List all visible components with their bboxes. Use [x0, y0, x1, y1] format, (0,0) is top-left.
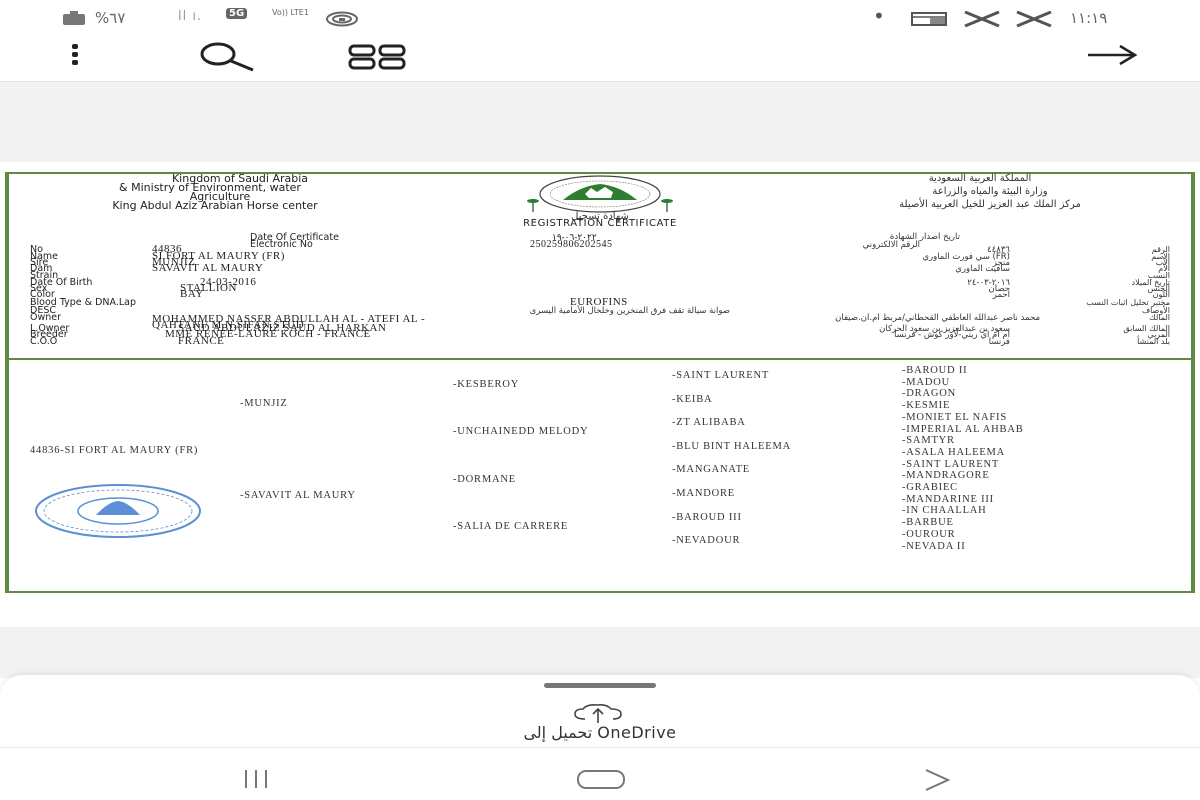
- field-value-ar: محمد ناصر عبدالله العاطفي القحطاني/مربط …: [835, 313, 1040, 323]
- sheet-drag-handle[interactable]: [544, 683, 656, 688]
- more-options-icon[interactable]: [72, 44, 78, 68]
- screen: %٦٧ ll ı. 5G Vo)) LTE1 • ١١:١٩: [0, 0, 1200, 800]
- battery-icon: [63, 14, 85, 25]
- field-value-ar: صوانة سيالة تقف فرق المنخرين وخلخال الأم…: [530, 306, 730, 316]
- battery-percent: %٦٧: [95, 9, 125, 27]
- sheet-separator: [0, 747, 1200, 748]
- forward-arrow-icon[interactable]: [1086, 44, 1138, 66]
- bottom-sheet: تحميل إلى OneDrive: [0, 675, 1200, 800]
- header-en-line4: King Abdul Aziz Arabian Horse center: [30, 199, 400, 212]
- clock: ١١:١٩: [1070, 9, 1107, 27]
- grid-view-icon[interactable]: [348, 44, 406, 70]
- signal-icon: ll ı.: [178, 9, 202, 24]
- pedigree-ancestor: -SAINT LAURENT: [672, 370, 769, 381]
- pedigree-ancestor: -MANGANATE: [672, 464, 750, 475]
- pedigree-ancestor: -KESBEROY: [453, 379, 519, 390]
- field-value-ar: احمر: [993, 290, 1010, 300]
- pedigree-ancestor: -BAROUD II: [902, 365, 967, 376]
- field-label-ar: بلد المنشأ: [1137, 337, 1170, 346]
- field-value: BAY: [180, 289, 204, 299]
- pedigree-ancestor: -BAROUD III: [672, 512, 742, 523]
- pedigree-ancestor: -SAMTYR: [902, 435, 955, 446]
- pedigree-ancestor: -KEIBA: [672, 394, 712, 405]
- section-divider: [9, 358, 1191, 360]
- pedigree-ancestor: -BLU BINT HALEEMA: [672, 441, 791, 452]
- cloud-upload-icon: [567, 703, 633, 723]
- pedigree-ancestor: -DORMANE: [453, 474, 516, 485]
- pedigree-ancestor: -DRAGON: [902, 388, 956, 399]
- pedigree-ancestor: -IN CHAALLAH: [902, 505, 987, 516]
- field-value: SAVAVIT AL MAURY: [152, 263, 263, 273]
- pedigree-ancestor: -NEVADOUR: [672, 535, 740, 546]
- field-value-ar: سافيت الماوري: [955, 264, 1010, 274]
- search-icon[interactable]: [198, 42, 256, 72]
- pedigree-ancestor: -UNCHAINEDD MELODY: [453, 426, 588, 437]
- pedigree-ancestor: -ASALA HALEEMA: [902, 447, 1005, 458]
- upload-onedrive-label: تحميل إلى OneDrive: [430, 723, 770, 742]
- x-app-icon: [1015, 11, 1053, 27]
- pedigree-ancestor: -OUROUR: [902, 529, 955, 540]
- x-app-icon: [963, 11, 1001, 27]
- header-ar-line1: المملكة العربية السعودية: [880, 173, 1080, 184]
- field-value-ar: فرنسا: [989, 337, 1010, 347]
- field-label: Owner: [30, 313, 61, 323]
- pedigree-ancestor: -MUNJIZ: [240, 398, 288, 409]
- kaahc-logo: [525, 174, 675, 216]
- pedigree-ancestor: -IMPERIAL AL AHBAB: [902, 424, 1024, 435]
- pedigree-ancestor: -KESMIE: [902, 400, 950, 411]
- electronic-no-label: Electronic No: [250, 240, 313, 250]
- pedigree-ancestor: -SALIA DE CARRERE: [453, 521, 568, 532]
- official-stamp: [30, 482, 210, 540]
- status-bar: %٦٧ ll ı. 5G Vo)) LTE1 • ١١:١٩: [0, 0, 1200, 36]
- pedigree-ancestor: -MANDARINE III: [902, 494, 994, 505]
- field-label: C.O.O: [30, 337, 57, 347]
- hotspot-icon: [325, 11, 359, 27]
- viewer-toolbar: [0, 36, 1200, 82]
- pedigree-ancestor: -GRABIEC: [902, 482, 958, 493]
- pedigree-ancestor: -MANDRAGORE: [902, 470, 990, 481]
- electronic-no-value: 250259806202545: [530, 240, 613, 250]
- owner-value-line2: QAHTANI/ M.N.SIFAN.STUD: [152, 320, 304, 330]
- pedigree-subject: 44836-SI FORT AL MAURY (FR): [30, 445, 198, 456]
- back-icon[interactable]: [922, 767, 952, 793]
- pedigree-ancestor: -BARBUE: [902, 517, 954, 528]
- volte-icon: Vo)) LTE1: [272, 9, 312, 17]
- pedigree-ancestor: -MONIET EL NAFIS: [902, 412, 1007, 423]
- notification-dot-icon: •: [873, 4, 885, 28]
- header-ar-line2: وزارة البيئة والمياه والزراعة: [880, 186, 1100, 197]
- pedigree-ancestor: -SAVAVIT AL MAURY: [240, 490, 356, 501]
- field-label-ar: المالك: [1149, 313, 1170, 322]
- pedigree-ancestor: -MANDORE: [672, 488, 735, 499]
- home-icon[interactable]: [576, 769, 626, 791]
- calendar-notification-icon: [911, 12, 947, 26]
- pedigree-ancestor: -MADOU: [902, 377, 950, 388]
- electronic-no-label-ar: الرقم الالكتروني: [840, 240, 920, 250]
- field-value: FRANCE: [178, 336, 224, 346]
- recent-apps-icon[interactable]: [240, 768, 272, 790]
- pedigree-ancestor: -ZT ALIBABA: [672, 417, 746, 428]
- header-ar-line3: مركز الملك عبد العزيز للخيل العربية الأص…: [830, 199, 1150, 210]
- pedigree-ancestor: -SAINT LAURENT: [902, 459, 999, 470]
- upload-onedrive-button[interactable]: تحميل إلى OneDrive: [430, 703, 770, 743]
- pedigree-ancestor: -NEVADA II: [902, 541, 966, 552]
- network-badge: 5G: [226, 8, 247, 19]
- title-en: REGISTRATION CERTIFICATE: [450, 218, 750, 229]
